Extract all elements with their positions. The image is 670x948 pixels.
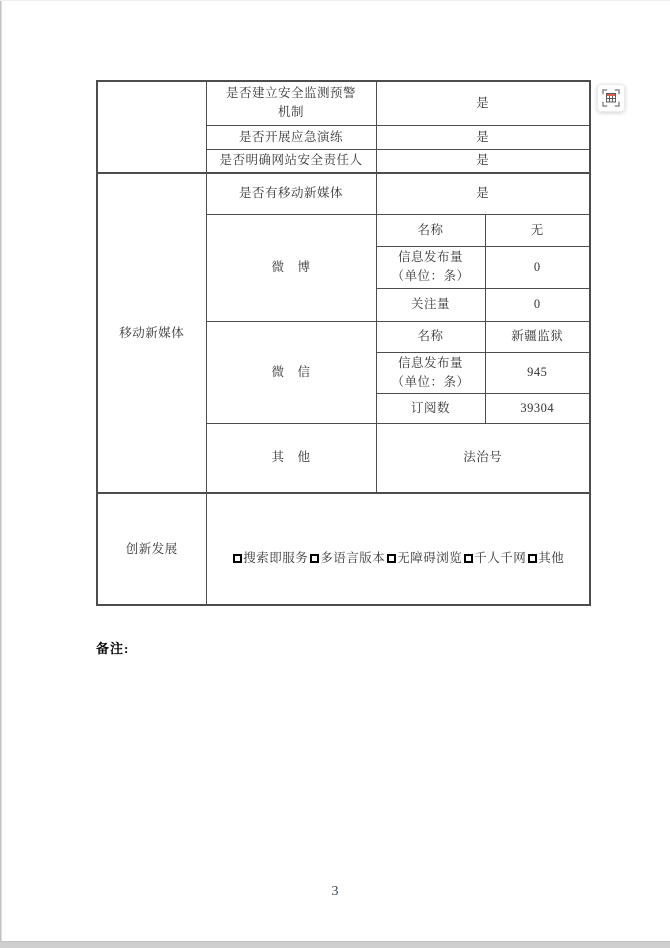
option-accessibility: 无障碍浏览: [385, 551, 462, 565]
option-label: 多语言版本: [320, 551, 385, 565]
notes-label: 备注:: [96, 638, 129, 657]
checkbox-unchecked-icon: [387, 554, 396, 563]
table-scan-icon: [602, 89, 620, 107]
option-label: 千人千网: [474, 551, 526, 565]
other-media-label: 其 他: [206, 423, 376, 493]
wechat-name-label: 名称: [376, 321, 485, 352]
weibo-posts-value: 0: [485, 246, 590, 288]
extract-table-button[interactable]: [597, 84, 625, 112]
security-monitor-label: 是否建立安全监测预警 机制: [206, 81, 376, 125]
checkbox-unchecked-icon: [233, 554, 242, 563]
wechat-posts-value: 945: [485, 352, 590, 393]
innovation-options-cell: 搜索即服务多语言版本无障碍浏览千人千网其他: [206, 493, 590, 605]
option-personalized: 千人千网: [462, 551, 526, 565]
page-bottom-edge: [0, 941, 670, 948]
option-label: 搜索即服务: [243, 551, 308, 565]
weibo-followers-value: 0: [485, 288, 590, 321]
other-media-value: 法治号: [376, 423, 590, 493]
table-row: 创新发展 搜索即服务多语言版本无障碍浏览千人千网其他: [97, 493, 590, 605]
option-search-service: 搜索即服务: [231, 551, 308, 565]
wechat-posts-label: 信息发布量 （单位：条）: [376, 352, 485, 393]
weibo-group-cell: 微 博: [206, 214, 376, 321]
checkbox-unchecked-icon: [310, 554, 319, 563]
annual-report-table: 是否建立安全监测预警 机制 是 是否开展应急演练 是 是否明确网站安全责任人 是…: [96, 80, 591, 606]
weibo-posts-label: 信息发布量 （单位：条）: [376, 246, 485, 288]
option-label: 其他: [538, 551, 564, 565]
option-multilingual: 多语言版本: [308, 551, 385, 565]
has-new-media-label: 是否有移动新媒体: [206, 173, 376, 214]
security-officer-label: 是否明确网站安全责任人: [206, 149, 376, 173]
wechat-name-value: 新疆监狱: [485, 321, 590, 352]
emergency-drill-value: 是: [376, 125, 590, 149]
option-other: 其他: [526, 551, 564, 565]
checkbox-unchecked-icon: [528, 554, 537, 563]
weibo-followers-label: 关注量: [376, 288, 485, 321]
emergency-drill-label: 是否开展应急演练: [206, 125, 376, 149]
page-left-edge: [0, 0, 2, 948]
wechat-group-cell: 微 信: [206, 321, 376, 423]
wechat-subscribers-label: 订阅数: [376, 393, 485, 423]
checkbox-unchecked-icon: [464, 554, 473, 563]
page-number: 3: [0, 884, 670, 900]
weibo-name-label: 名称: [376, 214, 485, 246]
page-top-edge: [0, 0, 670, 1]
table-row: 是否建立安全监测预警 机制 是: [97, 81, 590, 125]
has-new-media-value: 是: [376, 173, 590, 214]
weibo-name-value: 无: [485, 214, 590, 246]
security-officer-value: 是: [376, 149, 590, 173]
wechat-subscribers-value: 39304: [485, 393, 590, 423]
group-cell-empty: [97, 81, 206, 173]
innovation-checkbox-line: 搜索即服务多语言版本无障碍浏览千人千网其他: [231, 551, 564, 565]
group-cell-mobile-media: 移动新媒体: [97, 173, 206, 493]
security-monitor-value: 是: [376, 81, 590, 125]
option-label: 无障碍浏览: [397, 551, 462, 565]
table-row: 移动新媒体 是否有移动新媒体 是: [97, 173, 590, 214]
group-cell-innovation: 创新发展: [97, 493, 206, 605]
